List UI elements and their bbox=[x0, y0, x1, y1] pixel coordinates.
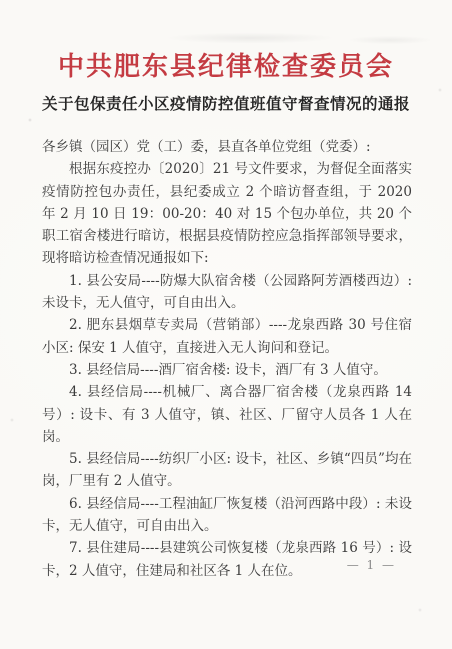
salutation-line: 各乡镇（园区）党（工）委，县直各单位党组（党委）: bbox=[42, 136, 412, 158]
report-item-5: 5. 县经信局----纺织厂小区: 设卡，社区、乡镇“四员”均在岗，厂里有 2 … bbox=[42, 448, 412, 493]
document-page: 中共肥东县纪律检查委员会 关于包保责任小区疫情防控值班值守督查情况的通报 各乡镇… bbox=[0, 0, 452, 649]
page-number: — 1 — bbox=[347, 558, 396, 572]
report-item-1: 1. 县公安局----防爆大队宿舍楼（公园路阿芳酒楼西边）: 未设卡，无人值守，… bbox=[42, 270, 412, 315]
document-body: 各乡镇（园区）党（工）委，县直各单位党组（党委）: 根据东疫控办〔2020〕21… bbox=[42, 136, 412, 582]
page-title: 中共肥东县纪律检查委员会 bbox=[0, 50, 452, 84]
doc-subtitle: 关于包保责任小区疫情防控值班值守督查情况的通报 bbox=[0, 93, 452, 115]
intro-paragraph: 根据东疫控办〔2020〕21 号文件要求，为督促全面落实疫情防控包办责任，县纪委… bbox=[42, 158, 412, 269]
report-item-4: 4. 县经信局----机械厂、离合器厂宿舍楼（龙泉西路 14 号）: 设卡、有 … bbox=[42, 381, 412, 448]
report-item-3: 3. 县经信局----酒厂宿舍楼: 设卡，酒厂有 3 人值守。 bbox=[42, 359, 412, 381]
report-item-6: 6. 县经信局----工程油缸厂恢复楼（沿河西路中段）: 未设卡，无人值守，可自… bbox=[42, 493, 412, 538]
report-item-2: 2. 肥东县烟草专卖局（营销部）----龙泉西路 30 号住宿小区: 保安 1 … bbox=[42, 314, 412, 359]
